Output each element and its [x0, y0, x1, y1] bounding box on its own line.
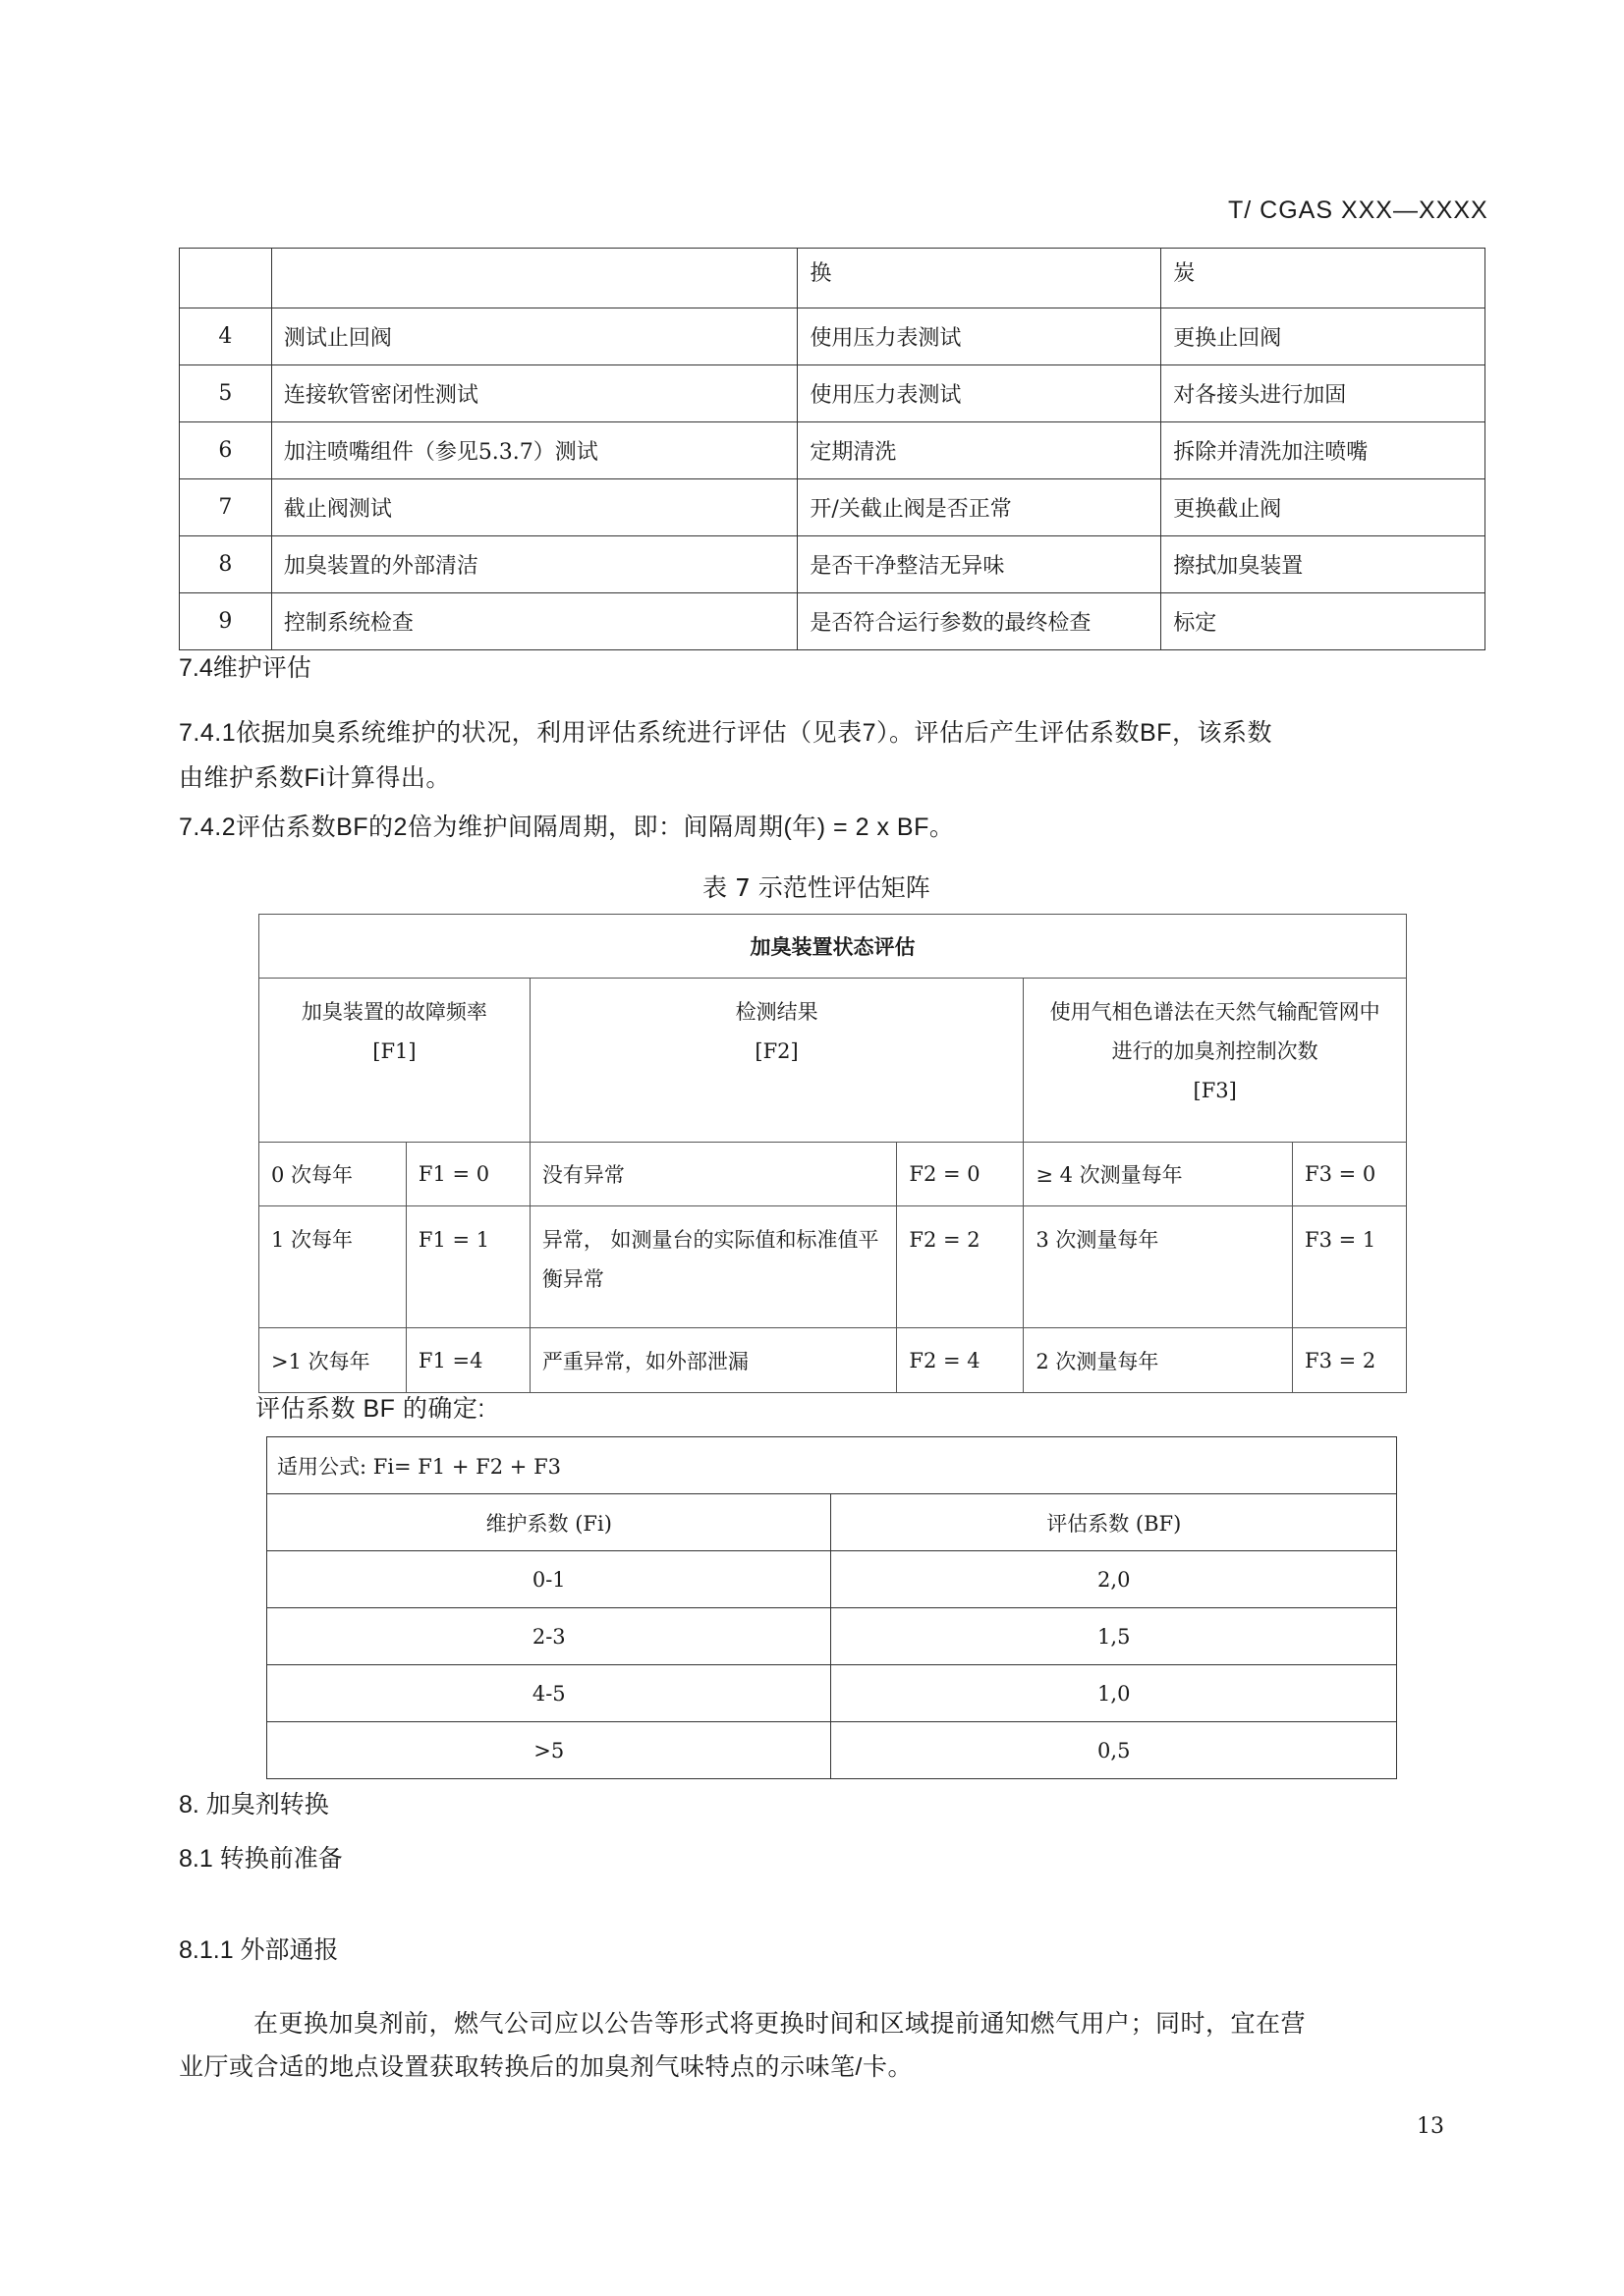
table-row: 7 截止阀测试 开/关截止阀是否正常 更换截止阀 — [180, 479, 1485, 536]
action-cell: 更换截止阀 — [1161, 479, 1485, 536]
check-cell: 使用压力表测试 — [798, 365, 1161, 422]
paragraph-7-4-1-line1: 7.4.1依据加臭系统维护的状况，利用评估系统进行评估（见表7）。评估后产生评估… — [179, 713, 1272, 749]
table-row: 5 连接软管密闭性测试 使用压力表测试 对各接头进行加固 — [180, 365, 1485, 422]
table-row: 4-5 1,0 — [267, 1665, 1397, 1722]
row-number: 9 — [180, 593, 272, 650]
item-cell: 控制系统检查 — [271, 593, 798, 650]
f2-desc: 异常， 如测量台的实际值和标准值平衡异常 — [530, 1206, 897, 1328]
action-cell: 标定 — [1161, 593, 1485, 650]
item-cell: 加臭装置的外部清洁 — [271, 536, 798, 593]
header-f3: 使用气相色谱法在天然气输配管网中进行的加臭剂控制次数[F3] — [1024, 979, 1407, 1143]
item-cell: 连接软管密闭性测试 — [271, 365, 798, 422]
header-f1: 加臭装置的故障频率[F1] — [259, 979, 531, 1143]
f1-desc: 1 次每年 — [259, 1206, 407, 1328]
action-cell: 对各接头进行加固 — [1161, 365, 1485, 422]
action-cell: 更换止回阀 — [1161, 308, 1485, 365]
f3-value: F3 = 2 — [1293, 1328, 1407, 1393]
item-cell: 测试止回阀 — [271, 308, 798, 365]
f3-value: F3 = 0 — [1293, 1143, 1407, 1206]
row-number: 7 — [180, 479, 272, 536]
header-f2: 检测结果[F2] — [530, 979, 1024, 1143]
f1-value: F1 =4 — [406, 1328, 530, 1393]
check-cell: 换 — [798, 249, 1161, 308]
fi-cell: 0-1 — [267, 1551, 831, 1608]
table-header-row: 加臭装置的故障频率[F1] 检测结果[F2] 使用气相色谱法在天然气输配管网中进… — [259, 979, 1407, 1143]
matrix-title: 加臭装置状态评估 — [259, 915, 1407, 979]
paragraph-8-1-1-line2: 业厅或合适的地点设置获取转换后的加臭剂气味特点的示味笔/卡。 — [179, 2047, 913, 2083]
row-number: 6 — [180, 422, 272, 479]
formula-cell: 适用公式: Fi= F1 + F2 + F3 — [267, 1437, 1397, 1494]
table-row: 9 控制系统检查 是否符合运行参数的最终检查 标定 — [180, 593, 1485, 650]
f2-desc: 严重异常，如外部泄漏 — [530, 1328, 897, 1393]
f1-desc: >1 次每年 — [259, 1328, 407, 1393]
row-number: 5 — [180, 365, 272, 422]
section-heading-8: 8. 加臭剂转换 — [179, 1785, 329, 1820]
header-bf: 评估系数 (BF) — [831, 1494, 1397, 1551]
table-row: >5 0,5 — [267, 1722, 1397, 1779]
section-heading-8-1: 8.1 转换前准备 — [179, 1839, 343, 1875]
table-row: 0-1 2,0 — [267, 1551, 1397, 1608]
section-heading-7-4: 7.4维护评估 — [179, 648, 311, 684]
f1-desc: 0 次每年 — [259, 1143, 407, 1206]
f2-value: F2 = 2 — [897, 1206, 1024, 1328]
table-row: 2-3 1,5 — [267, 1608, 1397, 1665]
assessment-matrix-table: 加臭装置状态评估 加臭装置的故障频率[F1] 检测结果[F2] 使用气相色谱法在… — [258, 914, 1407, 1393]
fi-cell: 4-5 — [267, 1665, 831, 1722]
f1-value: F1 = 1 — [406, 1206, 530, 1328]
bf-determination-label: 评估系数 BF 的确定: — [255, 1389, 485, 1425]
table-row: 6 加注喷嘴组件（参见5.3.7）测试 定期清洗 拆除并清洗加注喷嘴 — [180, 422, 1485, 479]
action-cell: 炭 — [1161, 249, 1485, 308]
f1-value: F1 = 0 — [406, 1143, 530, 1206]
paragraph-7-4-1-line2: 由维护系数Fi计算得出。 — [179, 758, 451, 794]
document-code-header: T/ CGAS XXX—XXXX — [1228, 196, 1488, 225]
formula-row: 适用公式: Fi= F1 + F2 + F3 — [267, 1437, 1397, 1494]
bf-cell: 1,5 — [831, 1608, 1397, 1665]
f2-desc: 没有异常 — [530, 1143, 897, 1206]
item-cell — [271, 249, 798, 308]
table-caption: 表 7 示范性评估矩阵 — [702, 868, 930, 904]
fi-cell: 2-3 — [267, 1608, 831, 1665]
action-cell: 拆除并清洗加注喷嘴 — [1161, 422, 1485, 479]
check-cell: 是否符合运行参数的最终检查 — [798, 593, 1161, 650]
table-row: 8 加臭装置的外部清洁 是否干净整洁无异味 擦拭加臭装置 — [180, 536, 1485, 593]
check-cell: 使用压力表测试 — [798, 308, 1161, 365]
bf-cell: 1,0 — [831, 1665, 1397, 1722]
f3-value: F3 = 1 — [1293, 1206, 1407, 1328]
f2-value: F2 = 0 — [897, 1143, 1024, 1206]
f3-desc: 2 次测量每年 — [1024, 1328, 1293, 1393]
bf-cell: 2,0 — [831, 1551, 1397, 1608]
table-row: 1 次每年 F1 = 1 异常， 如测量台的实际值和标准值平衡异常 F2 = 2… — [259, 1206, 1407, 1328]
paragraph-8-1-1-line1: 在更换加臭剂前，燃气公司应以公告等形式将更换时间和区域提前通知燃气用户；同时，宜… — [253, 2004, 1306, 2040]
table-row: 0 次每年 F1 = 0 没有异常 F2 = 0 ≥ 4 次测量每年 F3 = … — [259, 1143, 1407, 1206]
table-title-row: 加臭装置状态评估 — [259, 915, 1407, 979]
bf-cell: 0,5 — [831, 1722, 1397, 1779]
bf-lookup-table: 适用公式: Fi= F1 + F2 + F3 维护系数 (Fi) 评估系数 (B… — [266, 1436, 1397, 1779]
row-number — [180, 249, 272, 308]
maintenance-table: 换 炭 4 测试止回阀 使用压力表测试 更换止回阀 5 连接软管密闭性测试 使用… — [179, 248, 1485, 650]
row-number: 4 — [180, 308, 272, 365]
item-cell: 截止阀测试 — [271, 479, 798, 536]
row-number: 8 — [180, 536, 272, 593]
check-cell: 定期清洗 — [798, 422, 1161, 479]
item-cell: 加注喷嘴组件（参见5.3.7）测试 — [271, 422, 798, 479]
table-header-row: 维护系数 (Fi) 评估系数 (BF) — [267, 1494, 1397, 1551]
table-row: >1 次每年 F1 =4 严重异常，如外部泄漏 F2 = 4 2 次测量每年 F… — [259, 1328, 1407, 1393]
fi-cell: >5 — [267, 1722, 831, 1779]
check-cell: 是否干净整洁无异味 — [798, 536, 1161, 593]
table-row: 4 测试止回阀 使用压力表测试 更换止回阀 — [180, 308, 1485, 365]
action-cell: 擦拭加臭装置 — [1161, 536, 1485, 593]
f2-value: F2 = 4 — [897, 1328, 1024, 1393]
f3-desc: 3 次测量每年 — [1024, 1206, 1293, 1328]
header-fi: 维护系数 (Fi) — [267, 1494, 831, 1551]
table-row: 换 炭 — [180, 249, 1485, 308]
check-cell: 开/关截止阀是否正常 — [798, 479, 1161, 536]
f3-desc: ≥ 4 次测量每年 — [1024, 1143, 1293, 1206]
section-heading-8-1-1: 8.1.1 外部通报 — [179, 1931, 339, 1966]
paragraph-7-4-2: 7.4.2评估系数BF的2倍为维护间隔周期，即：间隔周期(年) = 2 x BF… — [179, 808, 954, 843]
page-number: 13 — [1417, 2114, 1444, 2139]
